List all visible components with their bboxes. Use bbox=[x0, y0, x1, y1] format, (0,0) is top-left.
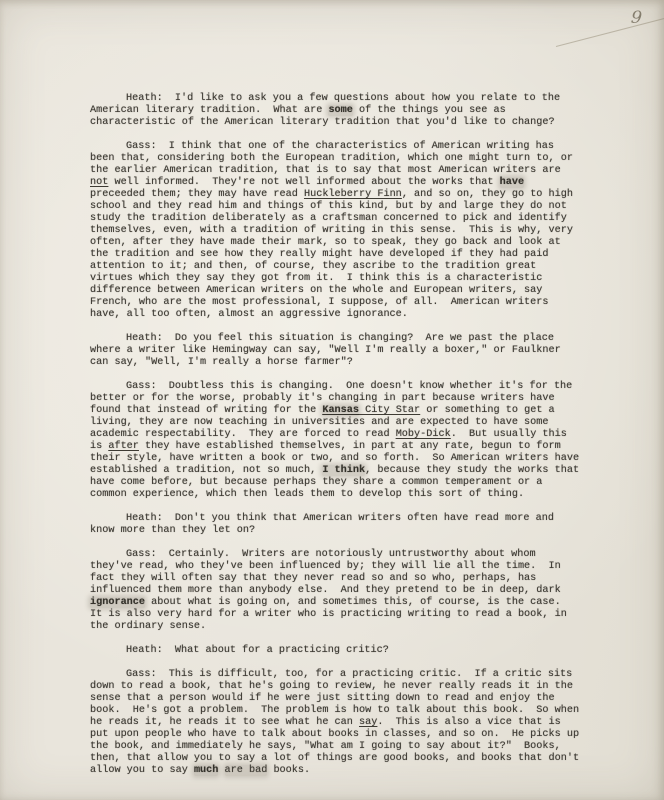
text-segment: City Star bbox=[359, 405, 420, 416]
text-segment: Kansas bbox=[322, 405, 359, 416]
scanned-page: 9 Heath: I'd like to ask you a few quest… bbox=[0, 0, 664, 800]
page-corner-crease bbox=[556, 18, 664, 47]
text-segment: Huckleberry Finn bbox=[304, 189, 402, 200]
text-segment bbox=[218, 765, 224, 776]
text-segment: about what is going on, and sometimes th… bbox=[90, 597, 573, 632]
text-segment: Heath: Do you feel this situation is cha… bbox=[90, 333, 567, 368]
text-segment: after bbox=[108, 441, 139, 452]
paragraph-gass: Gass: Doubtless this is changing. One do… bbox=[90, 381, 582, 501]
text-segment: Heath: Don't you think that American wri… bbox=[90, 513, 560, 536]
text-segment: not bbox=[90, 177, 108, 188]
text-segment: have bbox=[500, 177, 524, 188]
paragraph-heath: Heath: Do you feel this situation is cha… bbox=[90, 333, 582, 369]
paragraph-heath: Heath: What about for a practicing criti… bbox=[90, 645, 582, 657]
text-segment: Gass: I think that one of the characteri… bbox=[90, 141, 579, 176]
paragraph-gass: Gass: This is difficult, too, for a prac… bbox=[90, 669, 582, 777]
text-segment: Moby-Dick bbox=[396, 429, 451, 440]
text-segment: say bbox=[359, 717, 377, 728]
text-segment: Heath: What about for a practicing criti… bbox=[126, 645, 389, 656]
text-segment: ignorance bbox=[90, 597, 145, 608]
paragraph-heath: Heath: Don't you think that American wri… bbox=[90, 513, 582, 537]
text-segment: some bbox=[328, 105, 352, 116]
paragraph-gass: Gass: Certainly. Writers are notoriously… bbox=[90, 549, 582, 633]
page-number: 9 bbox=[630, 8, 643, 29]
text-segment: much bbox=[194, 765, 218, 776]
text-segment: I think bbox=[322, 465, 365, 476]
document-body: Heath: I'd like to ask you a few questio… bbox=[90, 93, 582, 789]
text-segment: , and so on, they go to high school and … bbox=[90, 189, 579, 320]
text-segment: well informed. They're not well informed… bbox=[108, 177, 499, 188]
paragraph-heath: Heath: I'd like to ask you a few questio… bbox=[90, 93, 582, 129]
text-segment: Gass: Certainly. Writers are notoriously… bbox=[90, 549, 567, 596]
text-segment: are bad bbox=[225, 765, 268, 776]
text-segment: books. bbox=[267, 765, 310, 776]
paragraph-gass: Gass: I think that one of the characteri… bbox=[90, 141, 582, 321]
